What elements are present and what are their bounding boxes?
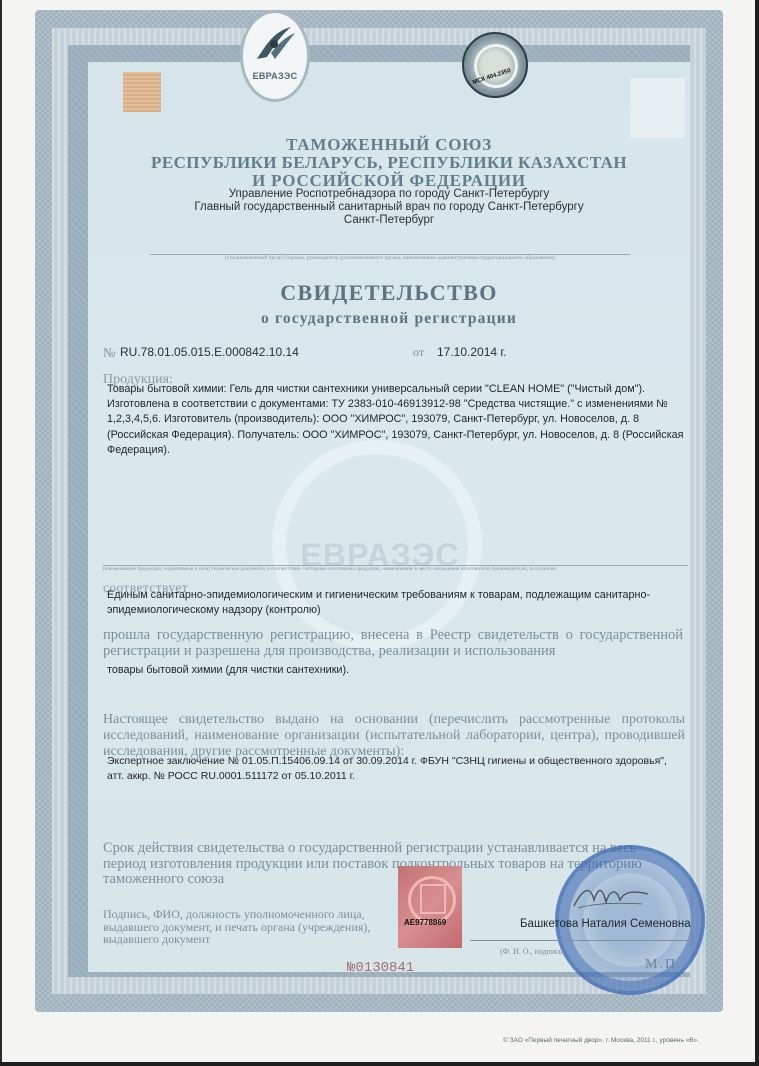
scan-edge-left <box>0 0 2 1066</box>
basis-text: Экспертное заключение № 01.05.П.15406.09… <box>107 754 677 784</box>
pale-patch <box>630 78 685 138</box>
registration-statement: прошла государственную регистрацию, внес… <box>103 628 683 659</box>
hologram-seal-icon: АЕ9778869 <box>398 866 462 948</box>
blank-serial-number: №0130841 <box>347 960 414 976</box>
eurasec-emblem: ЕВРАЗЭС <box>240 10 310 102</box>
number-sign: № <box>103 345 115 361</box>
hologram-seal-code: АЕ9778869 <box>404 918 446 927</box>
signer-name: Башкетова Наталия Семеновна <box>520 918 691 930</box>
signature-label: Подпись, ФИО, должность уполномоченного … <box>103 908 403 946</box>
hologram-top-icon: МСК 404.2350 <box>462 32 528 98</box>
eurasec-emblem-label: ЕВРАЗЭС <box>243 71 307 81</box>
stamp-place-label: М.П. <box>645 957 683 973</box>
conformity-text: Единым санитарно-эпидемиологическим и ги… <box>107 588 667 618</box>
scan-edge-bottom <box>0 1062 759 1066</box>
authority-line1: Управление Роспотребнадзора по городу Са… <box>88 188 690 200</box>
union-title-line1: ТАМОЖЕННЫЙ СОЮЗ <box>88 135 690 155</box>
registration-date: 17.10.2014 г. <box>437 345 507 359</box>
date-label: от <box>413 345 424 360</box>
eurasec-swirl-icon <box>253 23 297 63</box>
union-title-line2: РЕСПУБЛИКИ БЕЛАРУСЬ, РЕСПУБЛИКИ КАЗАХСТА… <box>88 153 690 173</box>
authority-caption: (уполномоченный орган Стороны, руководит… <box>150 255 630 261</box>
fio-caption: (Ф. И. О., подпись) <box>500 947 565 956</box>
usage-scope: товары бытовой химии (для чистки сантехн… <box>107 663 349 678</box>
basis-label: Настоящее свидетельство выдано на основа… <box>103 712 685 760</box>
authority-line3: Санкт-Петербург <box>88 214 690 226</box>
authority-line2: Главный государственный санитарный врач … <box>88 201 690 213</box>
printer-credit: © ЗАО «Первый печатный двор», г. Москва,… <box>503 1037 699 1044</box>
signature-icon <box>572 880 650 910</box>
product-caption: (наименование продукции, нормативные и (… <box>103 566 688 572</box>
registration-number: RU.78.01.05.015.Е.000842.10.14 <box>120 345 299 359</box>
scan-edge-right <box>755 0 759 1066</box>
document-title: СВИДЕТЕЛЬСТВО <box>88 280 690 306</box>
signature-rule <box>470 940 695 941</box>
product-description: Товары бытовой химии: Гель для чистки са… <box>107 382 687 458</box>
document-subtitle: о государственной регистрации <box>88 310 690 328</box>
security-patch <box>123 72 161 112</box>
hologram-seal-cross <box>420 884 446 914</box>
